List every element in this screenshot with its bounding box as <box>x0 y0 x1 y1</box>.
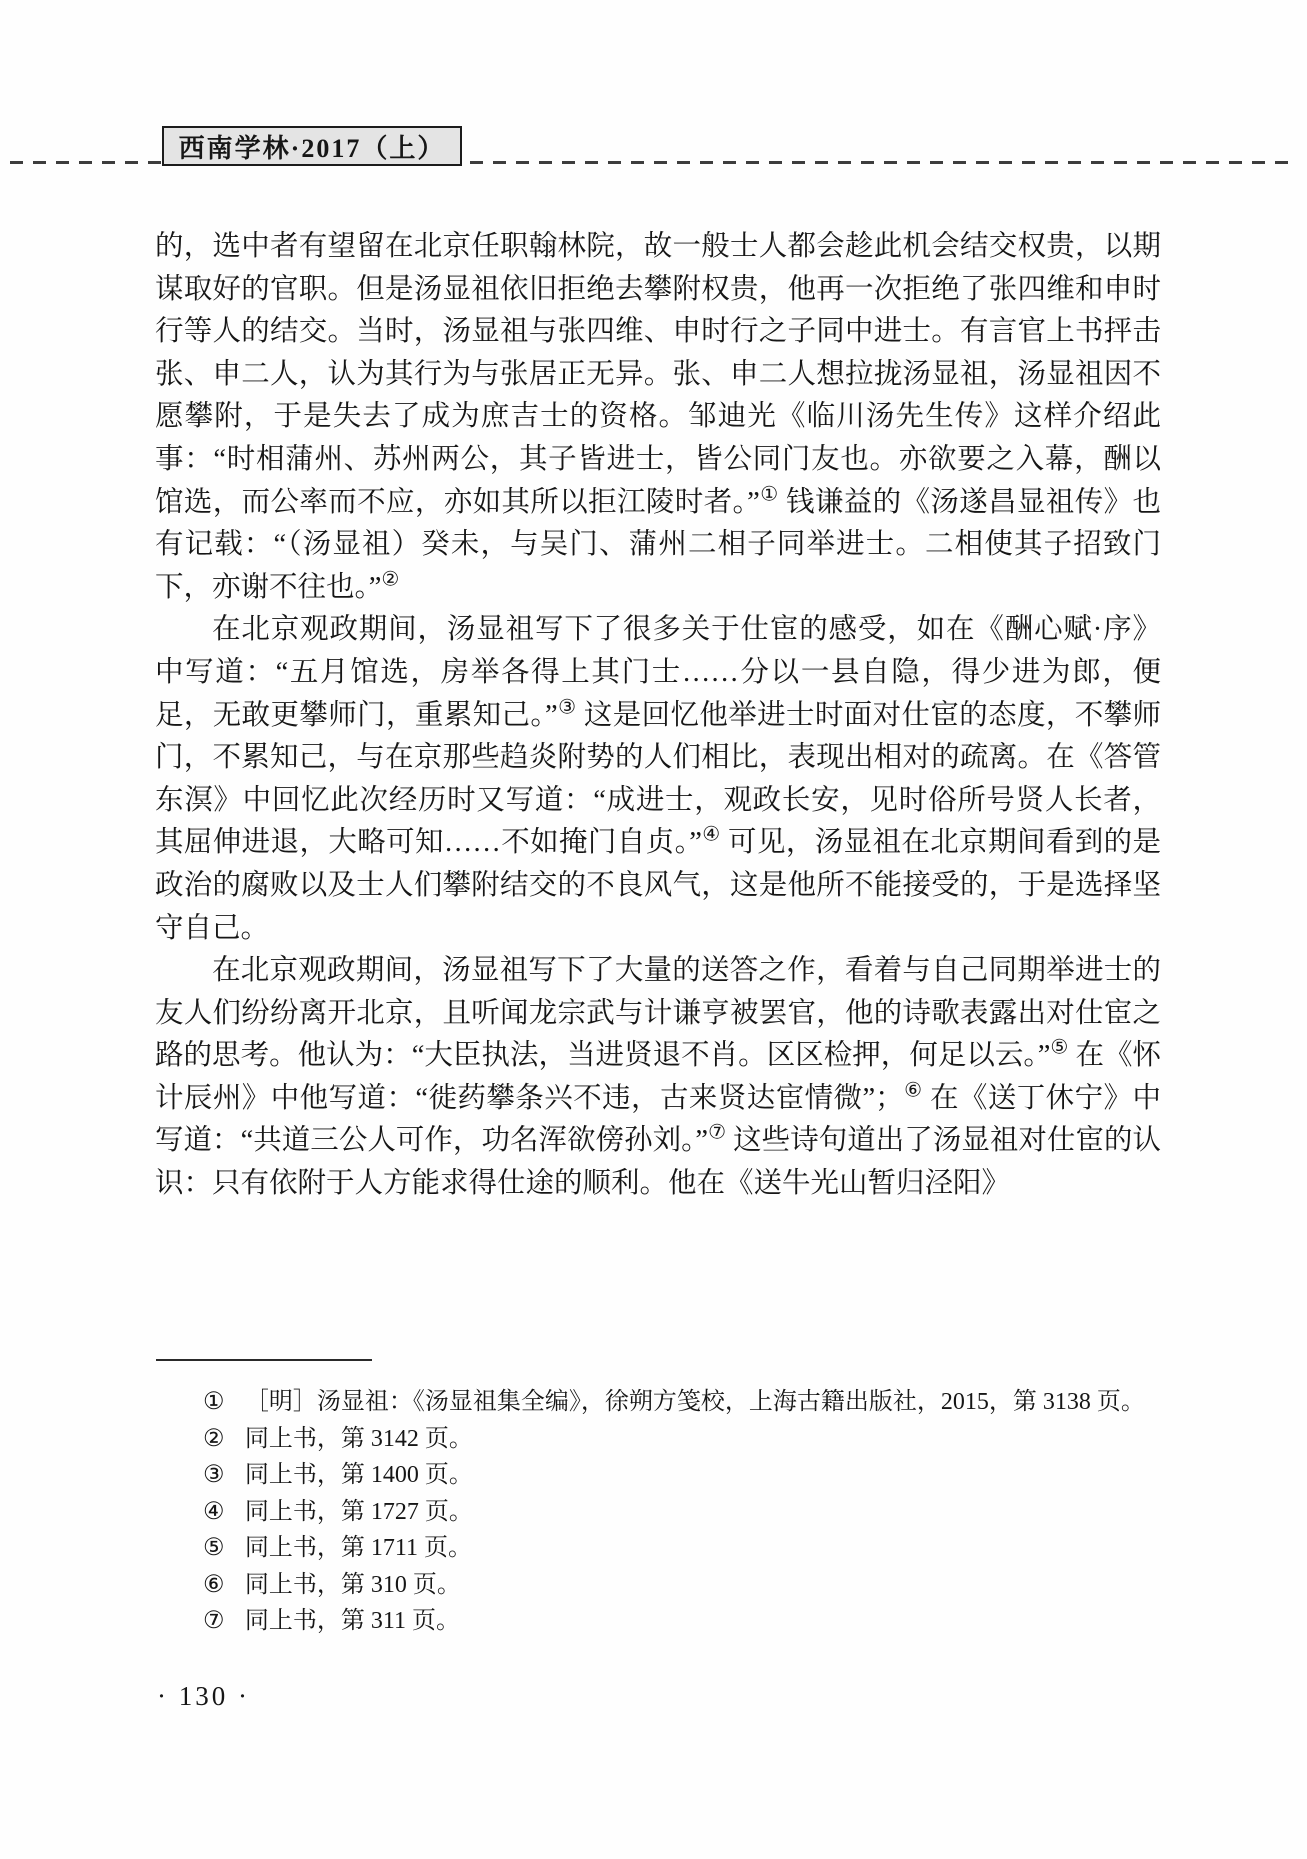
footnote-item: ④同上书，第 1727 页。 <box>155 1494 1161 1531</box>
footnote-reference-marker: ⑦ <box>708 1122 726 1144</box>
footnote-marker: ⑥ <box>203 1572 225 1598</box>
footnote-text: 同上书，第 1711 页。 <box>245 1535 472 1561</box>
footnote-reference-marker: ⑥ <box>904 1079 923 1101</box>
footnote-reference-marker: ⑤ <box>1050 1037 1068 1059</box>
footnote-item: ⑦同上书，第 311 页。 <box>155 1603 1161 1640</box>
footnote-item: ⑤同上书，第 1711 页。 <box>155 1530 1161 1567</box>
footnote-marker: ⑤ <box>203 1535 225 1561</box>
footnote-reference-marker: ③ <box>558 696 577 718</box>
footnote-marker: ④ <box>203 1499 225 1525</box>
paragraph-2: 在北京观政期间，汤显祖写下了很多关于仕宦的感受，如在《酬心赋·序》中写道：“五月… <box>155 609 1161 950</box>
footnote-marker: ⑦ <box>203 1608 225 1634</box>
article-body: 的，选中者有望留在北京任职翰林院，故一般士人都会趁此机会结交权贵，以期谋取好的官… <box>155 226 1161 1206</box>
journal-title: 西南学林·2017（上） <box>179 128 446 165</box>
footnote-item: ②同上书，第 3142 页。 <box>155 1421 1161 1458</box>
footnote-reference-marker: ② <box>381 568 399 590</box>
footnote-marker: ② <box>203 1426 225 1452</box>
footnote-divider <box>156 1359 372 1361</box>
paragraph-1: 的，选中者有望留在北京任职翰林院，故一般士人都会趁此机会结交权贵，以期谋取好的官… <box>155 226 1161 609</box>
footnote-text: 同上书，第 3142 页。 <box>245 1426 473 1452</box>
footnote-text: ［明］汤显祖：《汤显祖集全编》，徐朔方笺校，上海古籍出版社，2015，第 313… <box>245 1389 1145 1415</box>
footnote-item: ①［明］汤显祖：《汤显祖集全编》，徐朔方笺校，上海古籍出版社，2015，第 31… <box>155 1384 1161 1421</box>
body-text-run: 在北京观政期间，汤显祖写下了大量的送答之作，看着与自己同期举进士的友人们纷纷离开… <box>155 955 1161 1071</box>
footnote-text: 同上书，第 311 页。 <box>245 1608 460 1634</box>
footnote-item: ③同上书，第 1400 页。 <box>155 1457 1161 1494</box>
page-number: · 130 · <box>157 1681 250 1712</box>
book-page: 西南学林·2017（上） 的，选中者有望留在北京任职翰林院，故一般士人都会趁此机… <box>0 0 1307 1859</box>
footnote-item: ⑥同上书，第 310 页。 <box>155 1567 1161 1604</box>
footnote-text: 同上书，第 310 页。 <box>245 1572 461 1598</box>
footnote-reference-marker: ④ <box>702 824 721 846</box>
body-text-run: 的，选中者有望留在北京任职翰林院，故一般士人都会趁此机会结交权贵，以期谋取好的官… <box>155 231 1161 518</box>
footnotes-block: ①［明］汤显祖：《汤显祖集全编》，徐朔方笺校，上海古籍出版社，2015，第 31… <box>155 1384 1161 1640</box>
footnote-marker: ① <box>203 1389 225 1415</box>
paragraph-3: 在北京观政期间，汤显祖写下了大量的送答之作，看着与自己同期举进士的友人们纷纷离开… <box>155 950 1161 1206</box>
footnote-text: 同上书，第 1727 页。 <box>245 1499 473 1525</box>
footnote-text: 同上书，第 1400 页。 <box>245 1462 473 1488</box>
journal-header-badge: 西南学林·2017（上） <box>162 126 462 166</box>
footnote-marker: ③ <box>203 1462 225 1488</box>
footnote-reference-marker: ① <box>760 483 779 505</box>
